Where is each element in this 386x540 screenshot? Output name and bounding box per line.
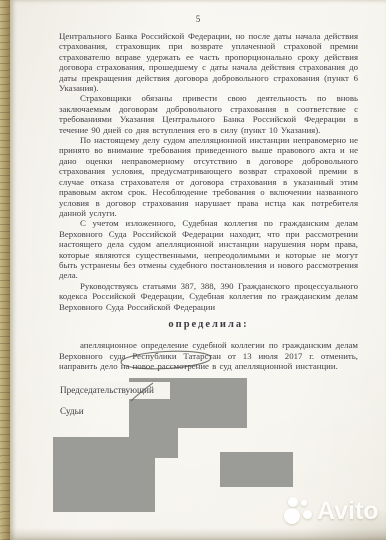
avito-dot [284, 508, 300, 524]
pen-stroke-mark [128, 380, 156, 404]
pen-circle-annotation [116, 348, 216, 372]
avito-dot [288, 497, 298, 507]
avito-dot [301, 500, 307, 506]
paragraph-continuation: Центрального Банка Российской Федерации,… [59, 31, 358, 93]
document-page: 5 Центрального Банка Российской Федераци… [10, 0, 386, 540]
avito-watermark: Avito [284, 493, 386, 529]
redaction-box [53, 437, 155, 512]
page-number: 5 [10, 14, 386, 24]
paragraph: Страховщики обязаны привести свою деятел… [59, 93, 358, 135]
avito-dot [303, 510, 312, 519]
ruling-heading: определила: [59, 320, 358, 330]
judges-label: Судьи [60, 406, 84, 416]
avito-logo-icon [284, 496, 314, 526]
paragraph: С учетом изложенного, Судебная коллегия … [59, 218, 358, 280]
document-body: Центрального Банка Российской Федерации,… [59, 31, 358, 372]
paragraph: По настоящему делу судом апелляционной и… [59, 135, 358, 218]
paragraph: Руководствуясь статьями 387, 388, 390 Гр… [59, 281, 358, 312]
avito-watermark-text: Avito [317, 496, 379, 526]
redaction-box [220, 452, 293, 487]
